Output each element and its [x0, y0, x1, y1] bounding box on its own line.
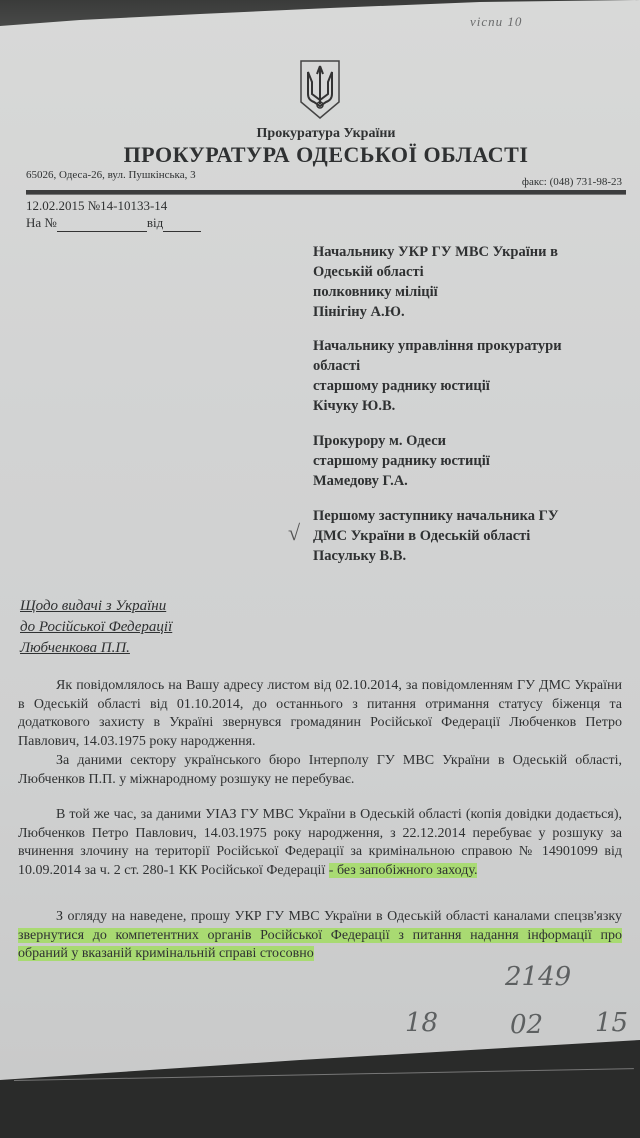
paragraph-4: З огляду на наведене, прошу УКР ГУ МВС У…	[18, 908, 622, 964]
addressee-4: Першому заступнику начальника ГУ ДМС Укр…	[313, 506, 559, 566]
handwritten-number: 2149	[505, 962, 571, 992]
handwritten-month: 02	[510, 1010, 543, 1040]
handwritten-day: 18	[405, 1008, 438, 1038]
addressee-2: Начальнику управління прокуратури област…	[313, 336, 562, 416]
org-parent: Прокуратура України	[0, 126, 640, 142]
addressee-1: Начальнику УКР ГУ МВС України в Одеській…	[313, 242, 558, 322]
registration-number: 12.02.2015 №14-10133-14	[26, 198, 167, 214]
paragraph-1: Як повідомлялось на Вашу адресу листом в…	[18, 677, 622, 751]
ref-number-blank	[57, 215, 147, 232]
ref-from: від	[147, 215, 163, 230]
ref-date-blank	[163, 215, 201, 232]
paragraph-2: За даними сектору українського бюро Інте…	[18, 752, 622, 789]
paragraph-4-text: З огляду на наведене, прошу УКР ГУ МВС У…	[56, 909, 622, 924]
paragraph-3-text: В той же час, за даними УІАЗ ГУ МВС Укра…	[18, 807, 622, 878]
ref-prefix: На №	[26, 215, 57, 230]
org-address: 65026, Одеса-26, вул. Пушкінська, 3	[26, 169, 196, 181]
reference-line: На № від	[26, 215, 201, 232]
handwritten-note-top: vicnu 10	[470, 14, 522, 30]
highlighted-text: - без запобіжного заходу.	[329, 863, 478, 878]
trident-icon	[298, 58, 342, 122]
org-name: ПРОКУРАТУРА ОДЕСЬКОЇ ОБЛАСТІ	[0, 142, 640, 168]
addressee-3: Прокурору м. Одеси старшому раднику юсти…	[313, 431, 490, 491]
org-fax: факс: (048) 731-98-23	[522, 176, 622, 188]
letter-subject: Щодо видачі з України до Російської Феде…	[20, 596, 172, 659]
header-divider	[26, 190, 626, 195]
paragraph-3: В той же час, за даними УІАЗ ГУ МВС Укра…	[18, 806, 622, 880]
highlighted-text: звернутися до компетентних органів Росій…	[18, 928, 622, 962]
handwritten-year: 15	[595, 1008, 628, 1038]
checkmark-icon: √	[288, 520, 300, 546]
document-page: vicnu 10 Прокуратура України ПРОКУРАТУРА…	[0, 0, 640, 1080]
